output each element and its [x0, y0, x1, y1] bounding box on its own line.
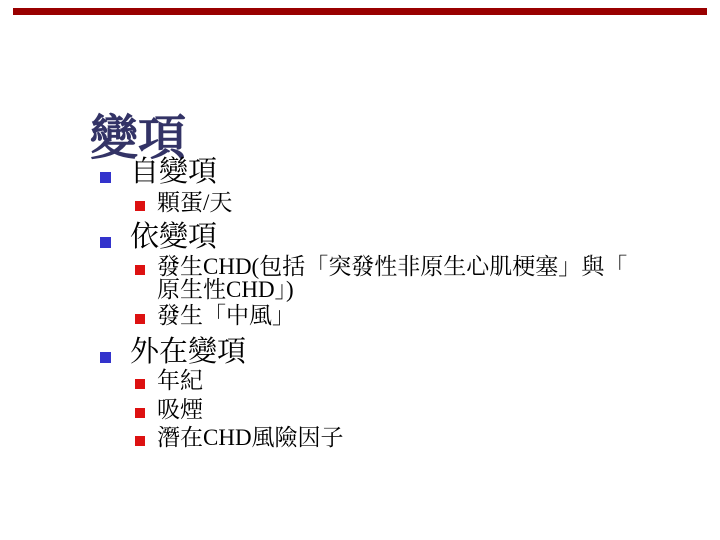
square-bullet-icon: [135, 408, 145, 418]
top-accent-bar: [13, 8, 707, 15]
square-bullet-icon: [135, 436, 145, 446]
square-bullet-icon: [135, 314, 145, 324]
square-bullet-icon: [100, 352, 111, 363]
bullet-item-level1: 外在變項: [92, 336, 705, 368]
bullet-text: 年紀: [157, 369, 720, 393]
bullet-text: 發生「中風」: [157, 304, 720, 328]
bullet-item-level2: 潛在CHD風險因子: [92, 426, 720, 450]
bullet-item-level2: 年紀: [92, 369, 720, 393]
bullet-item-level2: 吸煙: [92, 398, 720, 422]
bullet-text: 顆蛋/天: [157, 191, 720, 215]
square-bullet-icon: [135, 379, 145, 389]
bullet-text: 潛在CHD風險因子: [157, 426, 720, 450]
square-bullet-icon: [100, 172, 111, 183]
bullet-item-level1: 依變項: [92, 221, 705, 253]
square-bullet-icon: [100, 237, 111, 248]
bullet-item-level1: 自變項: [92, 156, 705, 188]
bullet-item-level2: 發生「中風」: [92, 304, 720, 328]
bullet-item-level2: 發生CHD(包括「突發性非原生心肌梗塞」與「 原生性CHD」): [92, 255, 720, 301]
bullet-text: 吸煙: [157, 398, 720, 422]
bullet-text: 依變項: [130, 221, 705, 253]
square-bullet-icon: [135, 265, 145, 275]
bullet-text-line2: 原生性CHD」): [157, 278, 720, 301]
square-bullet-icon: [135, 201, 145, 211]
bullet-item-level2: 顆蛋/天: [92, 191, 720, 215]
bullet-text: 外在變項: [130, 336, 705, 368]
bullet-text: 自變項: [130, 156, 705, 188]
presentation-slide: 變項 自變項 顆蛋/天 依變項 發生CHD(包括「突發性非原生心肌梗塞」與「 原…: [0, 0, 720, 540]
bullet-text-line1: 發生CHD(包括「突發性非原生心肌梗塞」與「: [157, 255, 720, 278]
